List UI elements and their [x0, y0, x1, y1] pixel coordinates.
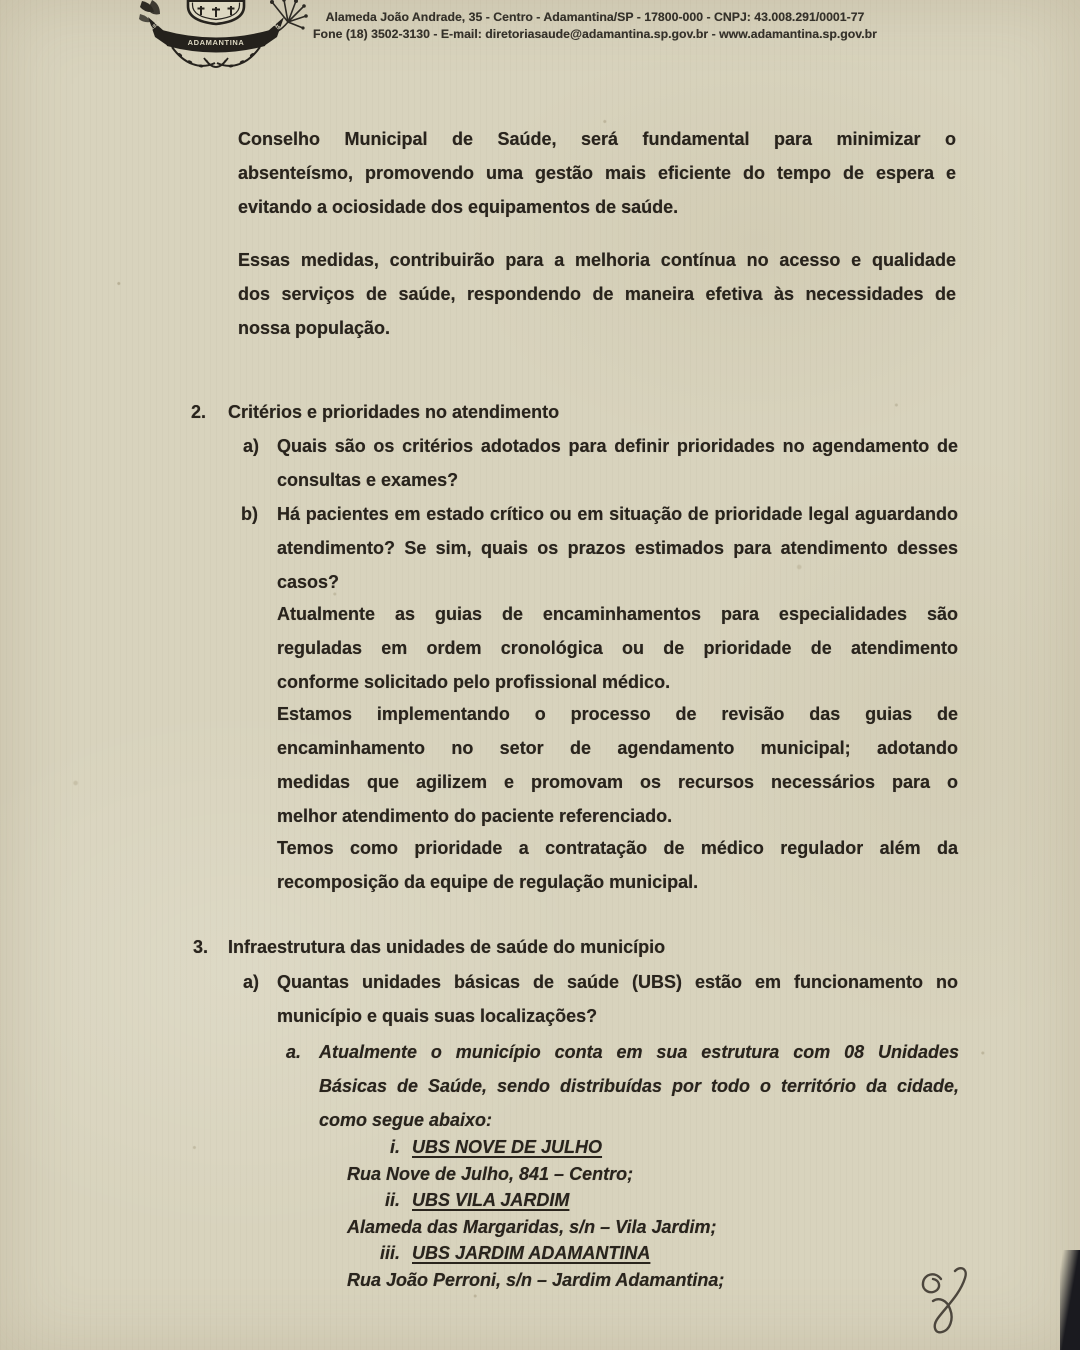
letterhead-contact: Fone (18) 3502-3130 - E-mail: diretorias…	[255, 26, 935, 43]
sub-answer-label: a.	[286, 1035, 301, 1069]
handwritten-initial-mark	[895, 1262, 995, 1342]
section-2-number: 2.	[191, 395, 206, 429]
section-2-title: Critérios e prioridades no atendimento	[228, 395, 559, 429]
ubs-roman-numeral: ii.	[320, 1187, 400, 1213]
section-2-item-b-text: Há pacientes em estado crítico ou em sit…	[277, 497, 958, 599]
ubs-roman-numeral: iii.	[320, 1240, 400, 1266]
ubs-name: UBS VILA JARDIM	[412, 1187, 569, 1213]
section-2-item-a-text: Quais são os critérios adotados para def…	[277, 429, 958, 497]
clipped-department-line: SECRETARIA DE SAÚDE	[492, 0, 686, 3]
ubs-address: Alameda das Margaridas, s/n – Vila Jardi…	[347, 1214, 716, 1240]
ubs-name: UBS JARDIM ADAMANTINA	[412, 1240, 650, 1266]
ubs-row: iii. UBS JARDIM ADAMANTINA	[320, 1240, 650, 1266]
crest-banner-text: ADAMANTINA	[188, 38, 245, 47]
section-2-item-b-label: b)	[241, 497, 258, 531]
answer-paragraph-3: Temos como prioridade a contratação de m…	[277, 831, 958, 899]
crest-shield	[188, 0, 244, 24]
section-3-item-a-label: a)	[243, 965, 259, 999]
intro-paragraph-2: Essas medidas, contribuirão para a melho…	[238, 243, 956, 345]
scan-edge-shadow	[1060, 1250, 1080, 1350]
answer-paragraph-1: Atualmente as guias de encaminhamentos p…	[277, 597, 958, 699]
ubs-address: Rua João Perroni, s/n – Jardim Adamantin…	[347, 1267, 724, 1293]
ubs-row: ii. UBS VILA JARDIM	[320, 1187, 569, 1213]
sub-answer-text: Atualmente o município conta em sua estr…	[319, 1035, 959, 1137]
answer-paragraph-2: Estamos implementando o processo de revi…	[277, 697, 958, 833]
section-3-number: 3.	[193, 930, 208, 964]
section-2-item-a-label: a)	[243, 429, 259, 463]
section-3-item-a-text: Quantas unidades básicas de saúde (UBS) …	[277, 965, 958, 1033]
section-3-title: Infraestrutura das unidades de saúde do …	[228, 930, 665, 964]
intro-paragraph-1: Conselho Municipal de Saúde, será fundam…	[238, 122, 956, 224]
ubs-roman-numeral: i.	[320, 1134, 400, 1160]
scanned-document-page: SECRETARIA DE SAÚDE	[0, 0, 1080, 1350]
letterhead-address: Alameda João Andrade, 35 - Centro - Adam…	[255, 9, 935, 26]
ubs-name: UBS NOVE DE JULHO	[412, 1134, 602, 1160]
letterhead-block: Alameda João Andrade, 35 - Centro - Adam…	[255, 9, 935, 42]
ubs-address: Rua Nove de Julho, 841 – Centro;	[347, 1161, 633, 1187]
ubs-row: i. UBS NOVE DE JULHO	[320, 1134, 602, 1160]
